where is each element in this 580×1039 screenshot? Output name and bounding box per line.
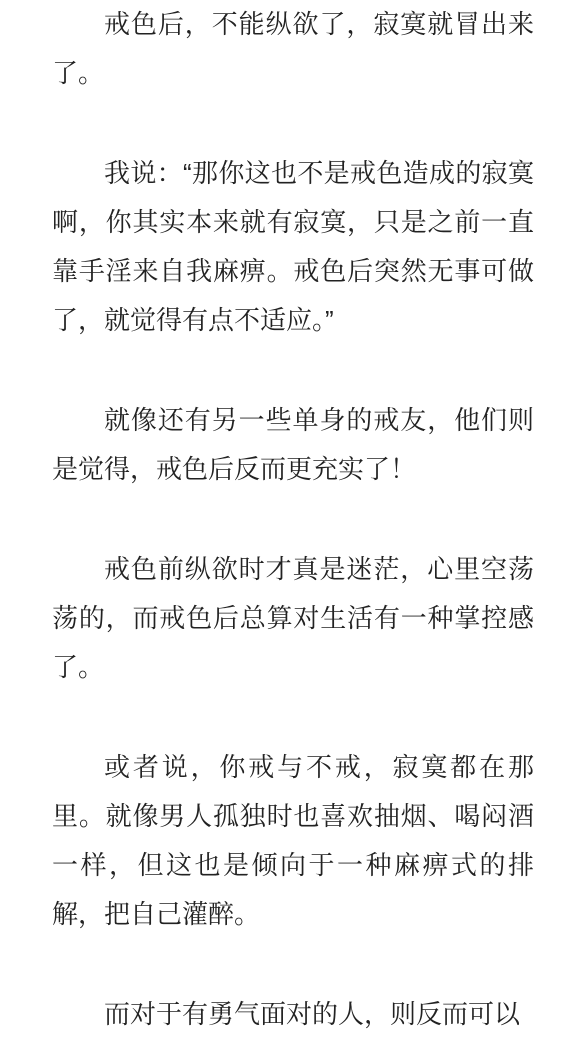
- article-body[interactable]: 戒色后，不能纵欲了，寂寞就冒出来了。 我说：“那你这也不是戒色造成的寂寞啊，你其…: [0, 0, 580, 1039]
- reading-page: { "page": { "background_color": "#ffffff…: [0, 0, 580, 1039]
- paragraph: 戒色前纵欲时才真是迷茫，心里空荡荡的，而戒色后总算对生活有一种掌控感了。: [52, 545, 534, 692]
- paragraph: 而对于有勇气面对的人，则反而可以: [52, 990, 534, 1039]
- paragraph: 或者说，你戒与不戒，寂寞都在那里。就像男人孤独时也喜欢抽烟、喝闷酒一样，但这也是…: [52, 743, 534, 939]
- paragraph: 我说：“那你这也不是戒色造成的寂寞啊，你其实本来就有寂寞，只是之前一直靠手淫来自…: [52, 149, 534, 345]
- paragraph: 戒色后，不能纵欲了，寂寞就冒出来了。: [52, 0, 534, 98]
- paragraph: 就像还有另一些单身的戒友，他们则是觉得，戒色后反而更充实了！: [52, 396, 534, 494]
